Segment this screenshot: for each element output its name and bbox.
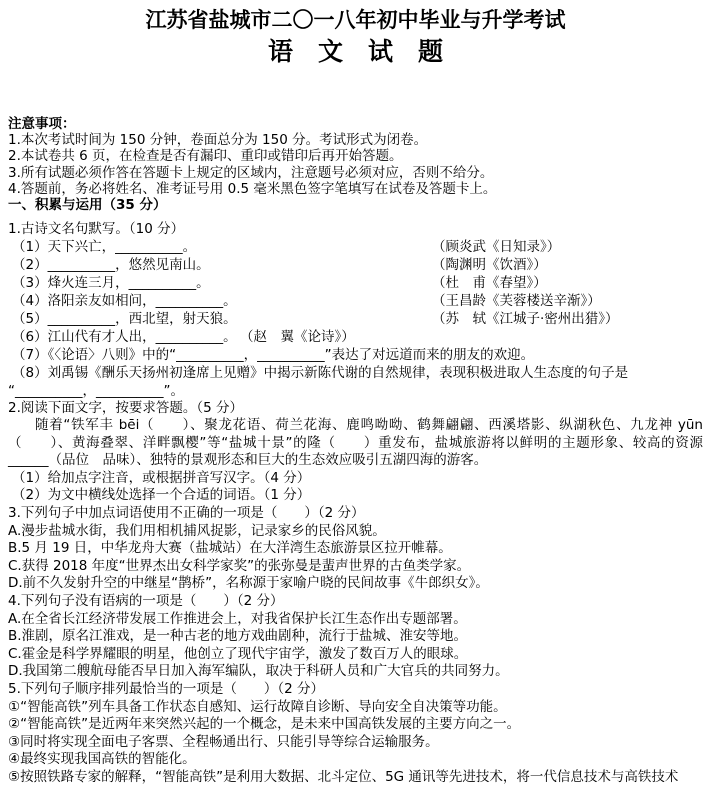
q5-sentence-4: ④最终实现我国高铁的智能化。: [8, 751, 703, 769]
q4-option-a: A.在全省长江经济带发展工作推进会上，对我省保护长江生态作出专题部署。: [8, 611, 703, 629]
q1-item-2: （2）__________，悠然见南山。 （陶渊明《饮酒》）: [8, 256, 703, 274]
q4-option-c: C.霍金是科学界耀眼的明星，他创立了现代宇宙学，激发了数百万人的眼球。: [8, 646, 703, 664]
q1-item-8-line2: “__________，__________”。: [8, 382, 703, 400]
question-1: 1.古诗文名句默写。（10 分） （1）天下兴亡，__________。 （顾炎…: [8, 220, 703, 400]
q1-item-8-line1: （8）刘禹锡《酬乐天扬州初逢席上见赠》中揭示新陈代谢的自然规律，表现积极进取人生…: [8, 364, 703, 382]
q3-stem: 3.下列句子中加点词语使用不正确的一项是（ ）（2 分）: [8, 505, 703, 523]
exam-paper-page: { "title": { "line1": "江苏省盐城市二〇一八年初中毕业与升…: [0, 0, 711, 797]
question-4: 4.下列句子没有语病的一项是（ ）（2 分） A.在全省长江经济带发展工作推进会…: [8, 593, 703, 681]
exam-title: 江苏省盐城市二〇一八年初中毕业与升学考试: [8, 7, 703, 33]
note-line-3: 3.所有试题必须作答在答题卡上规定的区域内，注意题号必须对应，否则不给分。: [8, 165, 703, 181]
note-line-4: 4.答题前，务必将姓名、准考证号用 0.5 毫米黑色签字笔填写在试卷及答题卡上。: [8, 181, 703, 197]
notes-heading: 注意事项：: [8, 116, 703, 132]
q1-item-7: （7）《〈论语〉八则》中的“__________，__________”表达了对…: [8, 346, 703, 364]
question-5: 5.下列句子顺序排列最恰当的一项是（ ）（2 分） ①“智能高铁”列车具备工作状…: [8, 681, 703, 787]
q1-stem: 1.古诗文名句默写。（10 分）: [8, 220, 703, 238]
q4-stem: 4.下列句子没有语病的一项是（ ）（2 分）: [8, 593, 703, 611]
q3-option-a: A.漫步盐城水街，我们用相机捕风捉影，记录家乡的民俗风貌。: [8, 523, 703, 541]
q2-stem: 2.阅读下面文字，按要求答题。（5 分）: [8, 400, 703, 418]
exam-subtitle: 语 文 试 题: [8, 37, 703, 67]
q1-item-3: （3）烽火连三月，__________。 （杜 甫《春望》）: [8, 274, 703, 292]
q1-item-4-text: （4）洛阳亲友如相问，__________。: [12, 292, 432, 310]
section1-heading: 一、积累与运用（35 分）: [8, 197, 703, 214]
notes-section: 注意事项： 1.本次考试时间为 150 分钟，卷面总分为 150 分。考试形式为…: [8, 116, 703, 214]
q1-item-4: （4）洛阳亲友如相问，__________。 （王昌龄《芙蓉楼送辛渐》）: [8, 292, 703, 310]
q1-item-6-text: （6）江山代有才人出，__________。: [12, 328, 240, 346]
q5-stem: 5.下列句子顺序排列最恰当的一项是（ ）（2 分）: [8, 681, 703, 699]
note-line-2: 2.本试卷共 6 页，在检查是否有漏印、重印或错印后再开始答题。: [8, 148, 703, 164]
q1-item-4-source: （王昌龄《芙蓉楼送辛渐》）: [432, 292, 601, 310]
q3-option-d: D.前不久发射升空的中继星“鹊桥”，名称源于家喻户晓的民间故事《牛郎织女》。: [8, 575, 703, 593]
q2-passage: 随着“铁军丰 bēi（ ）、聚龙花语、荷兰花海、鹿鸣呦呦、鹤舞翩翩、西溪塔影、纵…: [8, 417, 703, 470]
q1-item-3-text: （3）烽火连三月，__________。: [12, 274, 432, 292]
q1-item-5-source: （苏 轼《江城子·密州出猎》）: [432, 310, 619, 328]
q5-sentence-5: ⑤按照铁路专家的解释，“智能高铁”是利用大数据、北斗定位、5G 通讯等先进技术，…: [8, 769, 703, 787]
q2-sub-1: （1）给加点字注音，或根据拼音写汉字。（4 分）: [8, 470, 703, 488]
q1-item-2-source: （陶渊明《饮酒》）: [432, 256, 547, 274]
q1-item-2-text: （2）__________，悠然见南山。: [12, 256, 432, 274]
q2-sub-2: （2）为文中横线处选择一个合适的词语。（1 分）: [8, 487, 703, 505]
q5-sentence-2: ②“智能高铁”是近两年来突然兴起的一个概念，是未来中国高铁发展的主要方向之一。: [8, 716, 703, 734]
q5-sentence-3: ③同时将实现全面电子客票、全程畅通出行、只能引导等综合运输服务。: [8, 734, 703, 752]
q1-item-1-source: （顾炎武《日知录》）: [432, 238, 560, 256]
question-2: 2.阅读下面文字，按要求答题。（5 分） 随着“铁军丰 bēi（ ）、聚龙花语、…: [8, 400, 703, 506]
q1-item-6: （6）江山代有才人出，__________。 （赵 翼《论诗》）: [8, 328, 703, 346]
q1-item-1: （1）天下兴亡，__________。 （顾炎武《日知录》）: [8, 238, 703, 256]
q3-option-b: B.5 月 19 日，中华龙舟大赛（盐城站）在大洋湾生态旅游景区拉开帷幕。: [8, 540, 703, 558]
note-line-1: 1.本次考试时间为 150 分钟，卷面总分为 150 分。考试形式为闭卷。: [8, 132, 703, 148]
q3-option-c: C.获得 2018 年度“世界杰出女科学家奖”的张弥曼是蜚声世界的古鱼类学家。: [8, 558, 703, 576]
q5-sentence-1: ①“智能高铁”列车具备工作状态自感知、运行故障自诊断、导向安全自决策等功能。: [8, 699, 703, 717]
q1-item-5-text: （5）__________，西北望，射天狼。: [12, 310, 432, 328]
q4-option-b: B.淮剧，原名江淮戏，是一种古老的地方戏曲剧种，流行于盐城、淮安等地。: [8, 628, 703, 646]
q4-option-d: D.我国第二艘航母能否早日加入海军编队，取决于科研人员和广大官兵的共同努力。: [8, 663, 703, 681]
question-3: 3.下列句子中加点词语使用不正确的一项是（ ）（2 分） A.漫步盐城水街，我们…: [8, 505, 703, 593]
q1-item-3-source: （杜 甫《春望》）: [432, 274, 547, 292]
q1-item-5: （5）__________，西北望，射天狼。 （苏 轼《江城子·密州出猎》）: [8, 310, 703, 328]
q1-item-1-text: （1）天下兴亡，__________。: [12, 238, 432, 256]
q1-item-6-source: （赵 翼《论诗》）: [240, 328, 355, 346]
